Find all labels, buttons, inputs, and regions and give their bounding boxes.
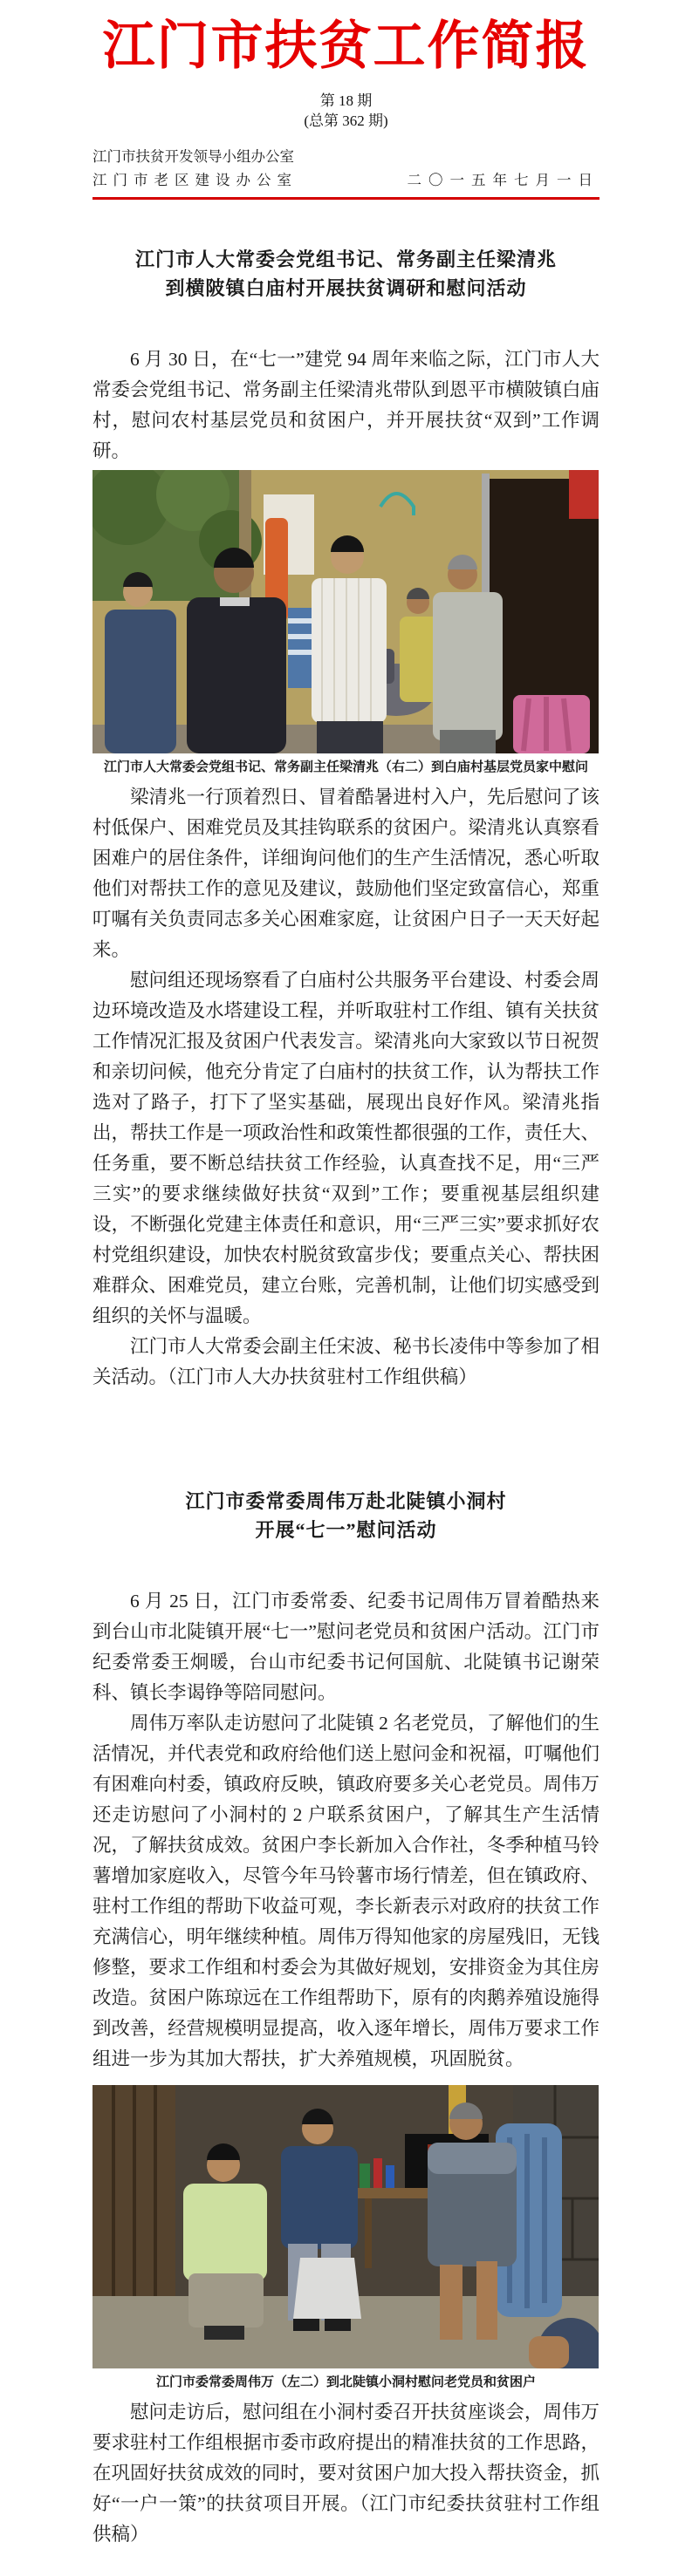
publisher-names: 江门市扶贫开发领导小组办公室 江门市老区建设办公室 <box>92 145 298 192</box>
article-1-title: 江门市人大常委会党组书记、常务副主任梁清兆 到横陂镇白庙村开展扶贫调研和慰问活动 <box>92 245 600 303</box>
article-1-title-line-1: 江门市人大常委会党组书记、常务副主任梁清兆 <box>135 249 557 270</box>
article-1-paragraph-1: 梁清兆一行顶着烈日、冒着酷暑进村入户，先后慰问了该村低保户、困难党员及其挂钩联系… <box>92 782 600 965</box>
red-paper <box>569 470 599 519</box>
bulletin-page: 江门市扶贫工作简报 第 18 期 (总第 362 期) 江门市扶贫开发领导小组办… <box>0 0 692 2576</box>
article-1-lead-paragraph: 6 月 30 日，在“七一”建党 94 周年来临之际，江门市人大常委会党组书记、… <box>92 344 600 467</box>
article-1-paragraph-2: 慰问组还现场察看了白庙村公共服务平台建设、村委会周边环境改造及水塔建设工程，并听… <box>92 965 600 1332</box>
article-1-photo-caption: 江门市人大常委会党组书记、常务副主任梁清兆（右二）到白庙村基层党员家中慰问 <box>92 758 600 777</box>
article-1-title-line-2: 到横陂镇白庙村开展扶贫调研和慰问活动 <box>165 277 526 299</box>
article-1-after-photo-text: 梁清兆一行顶着烈日、冒着酷暑进村入户，先后慰问了该村低保户、困难党员及其挂钩联系… <box>92 782 600 1393</box>
article-1-photo-illustration <box>92 470 599 753</box>
masthead-rule <box>92 197 600 200</box>
article-2: 江门市委常委周伟万赴北陡镇小洞村 开展“七一”慰问活动 6 月 25 日，江门市… <box>92 1487 600 2550</box>
article-2-title-line-2: 开展“七一”慰问活动 <box>255 1519 436 1541</box>
publisher-row: 江门市扶贫开发领导小组办公室 江门市老区建设办公室 二〇一五年七月一日 <box>92 145 600 192</box>
article-2-paragraph-2: 周伟万率队走访慰问了北陡镇 2 名老党员，了解他们的生活情况，并代表党和政府给他… <box>92 1708 600 2075</box>
issue-number: 第 18 期 <box>92 91 600 111</box>
article-2-title-line-1: 江门市委常委周伟万赴北陡镇小洞村 <box>185 1490 506 1512</box>
article-1-paragraph-3: 江门市人大常委会副主任宋波、秘书长凌伟中等参加了相关活动。（江门市人大办扶贫驻村… <box>92 1332 600 1393</box>
article-2-photo-caption: 江门市委常委周伟万（左二）到北陡镇小洞村慰问老党员和贫困户 <box>92 2373 600 2392</box>
article-1-body: 6 月 30 日，在“七一”建党 94 周年来临之际，江门市人大常委会党组书记、… <box>92 344 600 1393</box>
issue-date: 二〇一五年七月一日 <box>408 168 600 192</box>
article-2-paragraph-1: 6 月 25 日，江门市委常委、纪委书记周伟万冒着酷热来到台山市北陡镇开展“七一… <box>92 1586 600 1708</box>
publisher-line-2: 江门市老区建设办公室 <box>92 168 298 192</box>
article-2-photo-illustration <box>92 2085 599 2368</box>
issue-block: 第 18 期 (总第 362 期) <box>92 91 600 131</box>
article-2-title: 江门市委常委周伟万赴北陡镇小洞村 开展“七一”慰问活动 <box>92 1487 600 1544</box>
article-2-after-photo-text: 慰问走访后，慰问组在小洞村委召开扶贫座谈会，周伟万要求驻村工作组根据市委市政府提… <box>92 2397 600 2550</box>
article-1: 江门市人大常委会党组书记、常务副主任梁清兆 到横陂镇白庙村开展扶贫调研和慰问活动… <box>92 245 600 1393</box>
article-1-photo-figure: 江门市人大常委会党组书记、常务副主任梁清兆（右二）到白庙村基层党员家中慰问 <box>92 470 600 777</box>
article-2-photo <box>92 2085 599 2368</box>
masthead-title: 江门市扶贫工作简报 <box>92 16 600 77</box>
publisher-line-1: 江门市扶贫开发领导小组办公室 <box>92 145 298 168</box>
article-1-photo <box>92 470 599 753</box>
issue-total-number: (总第 362 期) <box>92 111 600 131</box>
article-2-closing-paragraph: 慰问走访后，慰问组在小洞村委召开扶贫座谈会，周伟万要求驻村工作组根据市委市政府提… <box>92 2397 600 2550</box>
pink-plastic-chair <box>513 695 590 753</box>
article-2-photo-figure: 江门市委常委周伟万（左二）到北陡镇小洞村慰问老党员和贫困户 <box>92 2085 600 2392</box>
article-2-body: 6 月 25 日，江门市委常委、纪委书记周伟万冒着酷热来到台山市北陡镇开展“七一… <box>92 1586 600 2550</box>
